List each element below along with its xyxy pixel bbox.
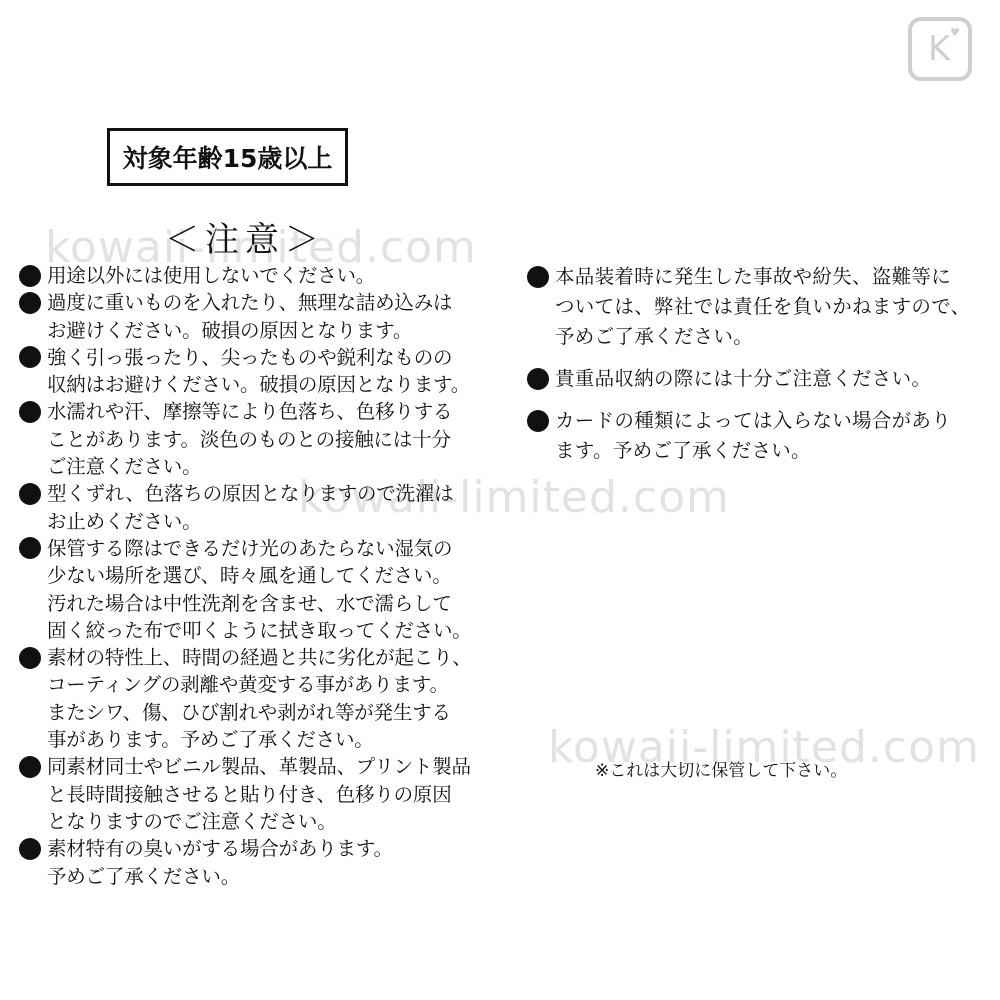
caution-item: 水濡れや汗、摩擦等により色落ち、色移りする ことがあります。淡色のものとの接触に… [18, 398, 488, 480]
caution-text: 型くずれ、色落ちの原因となりますので洗濯は お止めください。 [47, 480, 453, 535]
caution-item: 型くずれ、色落ちの原因となりますので洗濯は お止めください。 [18, 480, 488, 535]
caution-text: 本品装着時に発生した事故や紛失、盗難等に ついては、弊社では責任を負いかねますの… [555, 262, 970, 352]
bullet-icon [18, 398, 47, 425]
brand-logo-icon: K ♥ [908, 17, 972, 81]
heart-icon: ♥ [950, 27, 960, 38]
bullet-icon [526, 364, 555, 394]
caution-item: 同素材同士やビニル製品、革製品、プリント製品 と長時間接触させると貼り付き、色移… [18, 753, 488, 835]
age-rating-box: 対象年齢15歳以上 [107, 128, 348, 186]
bullet-icon [18, 344, 47, 371]
caution-item: 素材特有の臭いがする場合があります。 予めご了承ください。 [18, 835, 488, 890]
storage-note: ※これは大切に保管して下さい。 [595, 756, 847, 781]
logo-letter: K [928, 29, 950, 69]
caution-list-right: 本品装着時に発生した事故や紛失、盗難等に ついては、弊社では責任を負いかねますの… [526, 262, 986, 478]
caution-text: 水濡れや汗、摩擦等により色落ち、色移りする ことがあります。淡色のものとの接触に… [47, 398, 452, 480]
bullet-icon [18, 535, 47, 562]
age-rating-label: 対象年齢15歳以上 [123, 139, 333, 175]
caution-text: 貴重品収納の際には十分ご注意ください。 [555, 364, 931, 394]
bullet-icon [526, 406, 555, 436]
caution-item: 強く引っ張ったり、尖ったものや鋭利なものの 収納はお避けください。破損の原因とな… [18, 344, 488, 399]
caution-text: 強く引っ張ったり、尖ったものや鋭利なものの 収納はお避けください。破損の原因とな… [47, 344, 470, 399]
caution-item: 本品装着時に発生した事故や紛失、盗難等に ついては、弊社では責任を負いかねますの… [526, 262, 986, 352]
caution-text: 同素材同士やビニル製品、革製品、プリント製品 と長時間接触させると貼り付き、色移… [47, 753, 471, 835]
caution-item: 貴重品収納の際には十分ご注意ください。 [526, 364, 986, 394]
caution-item: 保管する際はできるだけ光のあたらない湿気の 少ない場所を選び、時々風を通してくだ… [18, 535, 488, 644]
caution-text: 過度に重いものを入れたり、無理な詰め込みは お避けください。破損の原因となります… [47, 289, 452, 344]
bullet-icon [18, 835, 47, 862]
caution-text: 用途以外には使用しないでください。 [47, 262, 375, 289]
bullet-icon [18, 644, 47, 671]
caution-list-left: 用途以外には使用しないでください。 過度に重いものを入れたり、無理な詰め込みは … [18, 262, 488, 890]
caution-item: 用途以外には使用しないでください。 [18, 262, 488, 289]
caution-heading: ＜注意＞ [160, 212, 330, 261]
bullet-icon [18, 289, 47, 316]
caution-item: 過度に重いものを入れたり、無理な詰め込みは お避けください。破損の原因となります… [18, 289, 488, 344]
caution-text: 素材特有の臭いがする場合があります。 予めご了承ください。 [47, 835, 393, 890]
caution-text: 保管する際はできるだけ光のあたらない湿気の 少ない場所を選び、時々風を通してくだ… [47, 535, 472, 644]
bullet-icon [18, 480, 47, 507]
caution-text: 素材の特性上、時間の経過と共に劣化が起こり、 コーティングの剥離や黄変する事があ… [47, 644, 472, 753]
caution-item: カードの種類によっては入らない場合があり ます。予めご了承ください。 [526, 406, 986, 466]
caution-item: 素材の特性上、時間の経過と共に劣化が起こり、 コーティングの剥離や黄変する事があ… [18, 644, 488, 753]
bullet-icon [18, 262, 47, 289]
caution-text: カードの種類によっては入らない場合があり ます。予めご了承ください。 [555, 406, 951, 466]
bullet-icon [526, 262, 555, 292]
bullet-icon [18, 753, 47, 780]
